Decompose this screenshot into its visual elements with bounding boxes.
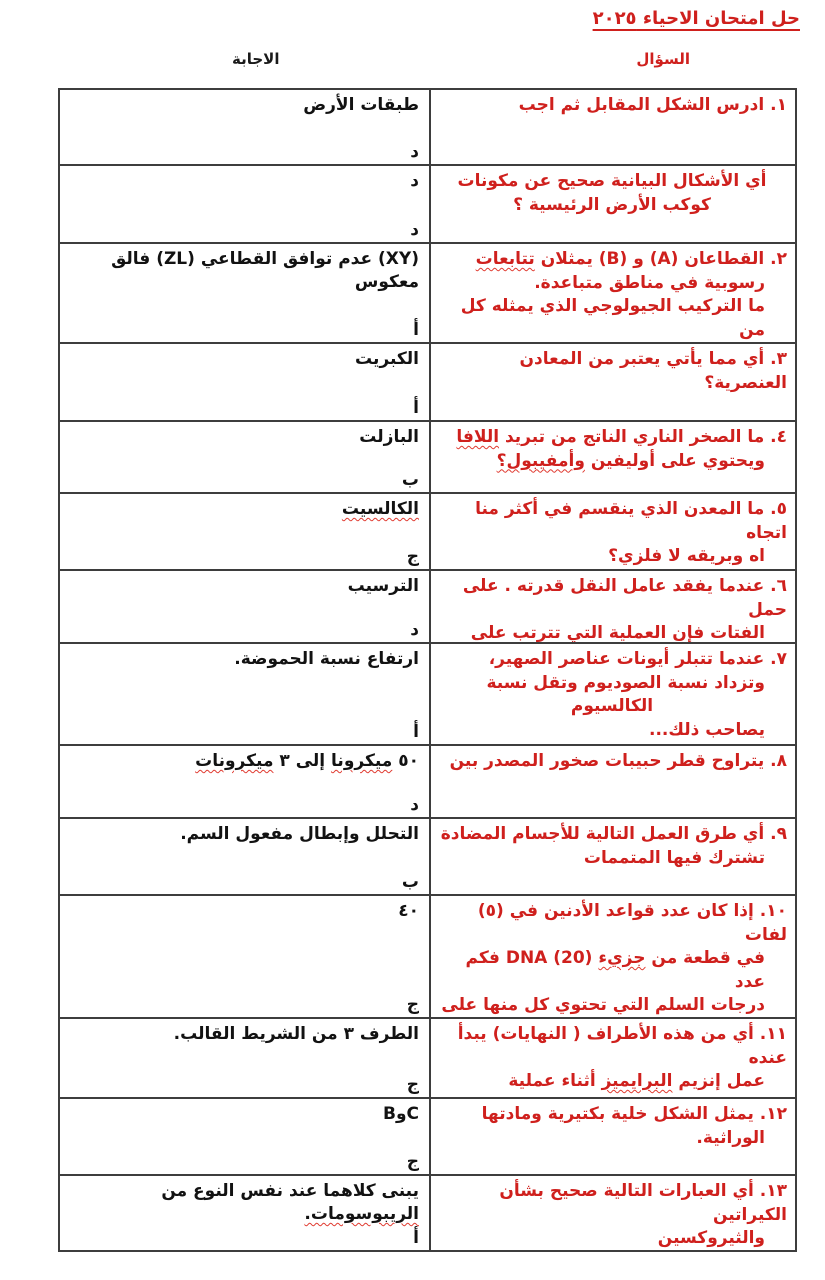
question-line: أي الأشكال البيانية صحيح عن مكونات <box>437 170 787 194</box>
answer-letter: أ <box>68 398 419 418</box>
misspelled-word: تتابعات <box>476 249 535 269</box>
question-line: الكالسيوم <box>437 695 787 719</box>
answer-text-segment: ٥٠ <box>392 751 419 771</box>
answer-text: الطرف ٣ من الشريط القالب. <box>68 1023 419 1046</box>
table-row: ١. ادرس الشكل المقابل ثم اجب طبقات الأرض… <box>60 90 795 164</box>
answer-letter: ب <box>68 470 419 490</box>
question-line: ما التركيب الجيولوجي الذي يمثله كل من <box>437 295 787 342</box>
question-cell: أي الأشكال البيانية صحيح عن مكونات كوكب … <box>429 166 795 242</box>
question-column-header: السؤال <box>636 50 690 68</box>
question-cell: ١١. أي من هذه الأطراف ( النهايات) يبدأ ع… <box>429 1019 795 1097</box>
answer-letter: ج <box>68 1075 419 1095</box>
question-line: ١٣. أي العبارات التالية صحيح بشأن الكيرا… <box>437 1180 787 1227</box>
question-cell: ٧. عندما تتبلر أيونات عناصر الصهير، وتزد… <box>429 644 795 744</box>
table-row: أي الأشكال البيانية صحيح عن مكونات كوكب … <box>60 164 795 242</box>
question-line: تضاعف DNA <box>437 1094 787 1098</box>
answer-letter: ب <box>68 872 419 892</box>
answer-cell: د د <box>60 166 429 242</box>
table-row: ٢. القطاعان (A) و (B) يمثلان تتابعات رسو… <box>60 242 795 342</box>
question-cell: ١٣. أي العبارات التالية صحيح بشأن الكيرا… <box>429 1176 795 1250</box>
question-text-segment: ٢. القطاعان (A) و (B) يمثلان <box>535 249 787 269</box>
answer-text-segment: يبنى كلاهما عند نفس النوع من <box>161 1181 419 1201</box>
qa-table: ١. ادرس الشكل المقابل ثم اجب طبقات الأرض… <box>58 88 797 1252</box>
misspelled-word: الريبوسومات. <box>304 1204 419 1224</box>
answer-text-segment: إلى ٣ <box>273 751 331 771</box>
question-line: ٤. ما الصخر الناري الناتج من تبريد اللاف… <box>437 426 787 450</box>
answer-text: يبنى كلاهما عند نفس النوع من الريبوسومات… <box>68 1180 419 1226</box>
table-row: ٤. ما الصخر الناري الناتج من تبريد اللاف… <box>60 420 795 492</box>
question-line: ويحتوي على أوليفين وأمفيبول؟ <box>437 450 787 474</box>
table-row: ٨. يتراوح قطر حبيبات صخور المصدر بين ٥٠ … <box>60 744 795 817</box>
question-line: درجات السلم التي تحتوي كل منها على <box>437 994 787 1017</box>
answer-cell: ارتفاع نسبة الحموضة. أ <box>60 644 429 744</box>
answer-text: ارتفاع نسبة الحموضة. <box>68 648 419 671</box>
table-row: ٧. عندما تتبلر أيونات عناصر الصهير، وتزد… <box>60 642 795 744</box>
question-line: ١٢. يمثل الشكل خلية بكتيرية ومادتها <box>437 1103 787 1127</box>
answer-letter: د <box>68 795 419 815</box>
answer-cell: الترسيب د <box>60 571 429 642</box>
answer-text: الكالسيت <box>68 498 419 521</box>
answer-text: د <box>68 170 419 193</box>
answer-text: البازلت <box>68 426 419 449</box>
answer-text: ٤٠ <box>68 900 419 923</box>
table-row: ١٣. أي العبارات التالية صحيح بشأن الكيرا… <box>60 1174 795 1250</box>
misspelled-word: جزيء <box>598 948 645 968</box>
question-line: تشترك فيها المتممات <box>437 847 787 871</box>
question-line: ٦. عندما يفقد عامل النقل قدرته . على حمل <box>437 575 787 622</box>
answer-letter: ج <box>68 995 419 1015</box>
answer-letter: د <box>68 220 419 240</box>
question-text-segment: ٤. ما الصخر الناري الناتج من تبريد <box>499 427 787 447</box>
question-line: يصاحب ذلك... <box>437 719 787 743</box>
question-line: كوكب الأرض الرئيسية ؟ <box>437 194 787 218</box>
question-line: الفتات فإن العملية التي تترتب على ذلك <box>437 622 787 642</box>
question-cell: ١٢. يمثل الشكل خلية بكتيرية ومادتها الور… <box>429 1099 795 1174</box>
question-cell: ٢. القطاعان (A) و (B) يمثلان تتابعات رسو… <box>429 244 795 342</box>
question-line: ٣. أي مما يأتي يعتبر من المعادن العنصرية… <box>437 348 787 395</box>
answer-cell: ٤٠ ج <box>60 896 429 1017</box>
question-cell: ١. ادرس الشكل المقابل ثم اجب <box>429 90 795 164</box>
answer-cell: الكالسيت ج <box>60 494 429 569</box>
answer-text: طبقات الأرض <box>68 94 419 117</box>
question-line: والثيروكسين <box>437 1227 787 1250</box>
misspelled-word: اللافا <box>456 427 499 447</box>
answer-cell: طبقات الأرض د <box>60 90 429 164</box>
page-title: حل امتحان الاحياء ٢٠٢٥ <box>593 8 800 29</box>
question-line: ٧. عندما تتبلر أيونات عناصر الصهير، <box>437 648 787 672</box>
answer-text: الكبريت <box>68 348 419 371</box>
answer-cell: التحلل وإبطال مفعول السم. ب <box>60 819 429 894</box>
exam-solution-document: حل امتحان الاحياء ٢٠٢٥ السؤال الاجابة ١.… <box>0 0 825 1280</box>
question-text-segment: ويحتوي على أوليفين <box>585 451 765 471</box>
table-row: ٩. أي طرق العمل التالية للأجسام المضادة … <box>60 817 795 894</box>
question-line: رسوبية في مناطق متباعدة. <box>437 272 787 296</box>
table-row: ١٢. يمثل الشكل خلية بكتيرية ومادتها الور… <box>60 1097 795 1174</box>
misspelled-word: البرايميز <box>602 1071 673 1091</box>
misspelled-word: وأمفيبول؟ <box>497 451 585 471</box>
answer-letter: د <box>68 142 419 162</box>
answer-column-header: الاجابة <box>232 50 279 68</box>
table-row: ١١. أي من هذه الأطراف ( النهايات) يبدأ ع… <box>60 1017 795 1097</box>
answer-cell: CوB ج <box>60 1099 429 1174</box>
question-line: ٢. القطاعان (A) و (B) يمثلان تتابعات <box>437 248 787 272</box>
question-line: ١٠. إذا كان عدد قواعد الأدنين في (٥) لفا… <box>437 900 787 947</box>
question-cell: ٥. ما المعدن الذي ينقسم في أكثر منا اتجا… <box>429 494 795 569</box>
question-line: اه وبريقه لا فلزي؟ <box>437 545 787 569</box>
question-line: عمل إنزيم البرايميز أثناء عملية <box>437 1070 787 1094</box>
question-line: ١. ادرس الشكل المقابل ثم اجب <box>437 94 787 118</box>
question-line: في قطعة من جزيء DNA (20) فكم عدد <box>437 947 787 994</box>
answer-text: الترسيب <box>68 575 419 598</box>
question-line: ٩. أي طرق العمل التالية للأجسام المضادة <box>437 823 787 847</box>
question-cell: ٦. عندما يفقد عامل النقل قدرته . على حمل… <box>429 571 795 642</box>
answer-letter: ج <box>68 1152 419 1172</box>
question-cell: ٤. ما الصخر الناري الناتج من تبريد اللاف… <box>429 422 795 492</box>
answer-text: التحلل وإبطال مفعول السم. <box>68 823 419 846</box>
misspelled-word: ميكرونات <box>195 751 273 771</box>
misspelled-word: ميكرونا <box>331 751 392 771</box>
question-line: وتزداد نسبة الصوديوم وتقل نسبة <box>437 672 787 696</box>
question-cell: ٩. أي طرق العمل التالية للأجسام المضادة … <box>429 819 795 894</box>
answer-letter: أ <box>68 1228 419 1248</box>
table-row: ٣. أي مما يأتي يعتبر من المعادن العنصرية… <box>60 342 795 420</box>
question-cell: ٣. أي مما يأتي يعتبر من المعادن العنصرية… <box>429 344 795 420</box>
answer-text: (XY) عدم توافق القطاعي (ZL) فالق معكوس <box>68 248 419 294</box>
answer-letter: أ <box>68 722 419 742</box>
answer-cell: البازلت ب <box>60 422 429 492</box>
answer-cell: يبنى كلاهما عند نفس النوع من الريبوسومات… <box>60 1176 429 1250</box>
question-text-segment: عمل إنزيم <box>672 1071 765 1091</box>
question-line: الوراثية. <box>437 1127 787 1151</box>
answer-letter: د <box>68 620 419 640</box>
answer-cell: الطرف ٣ من الشريط القالب. ج <box>60 1019 429 1097</box>
question-text-segment: أثناء عملية <box>508 1071 601 1091</box>
answer-letter: أ <box>68 320 419 340</box>
answer-cell: (XY) عدم توافق القطاعي (ZL) فالق معكوس أ <box>60 244 429 342</box>
answer-text: ٥٠ ميكرونا إلى ٣ ميكرونات <box>68 750 419 773</box>
answer-cell: ٥٠ ميكرونا إلى ٣ ميكرونات د <box>60 746 429 817</box>
question-cell: ١٠. إذا كان عدد قواعد الأدنين في (٥) لفا… <box>429 896 795 1017</box>
question-line: ٨. يتراوح قطر حبيبات صخور المصدر بين <box>437 750 787 774</box>
question-line: ٥. ما المعدن الذي ينقسم في أكثر منا اتجا… <box>437 498 787 545</box>
answer-letter: ج <box>68 547 419 567</box>
question-line: ١١. أي من هذه الأطراف ( النهايات) يبدأ ع… <box>437 1023 787 1070</box>
question-text-segment: في قطعة من <box>645 948 765 968</box>
answer-text: CوB <box>68 1103 419 1126</box>
table-row: ٦. عندما يفقد عامل النقل قدرته . على حمل… <box>60 569 795 642</box>
answer-cell: الكبريت أ <box>60 344 429 420</box>
table-row: ١٠. إذا كان عدد قواعد الأدنين في (٥) لفا… <box>60 894 795 1017</box>
table-row: ٥. ما المعدن الذي ينقسم في أكثر منا اتجا… <box>60 492 795 569</box>
question-cell: ٨. يتراوح قطر حبيبات صخور المصدر بين <box>429 746 795 817</box>
